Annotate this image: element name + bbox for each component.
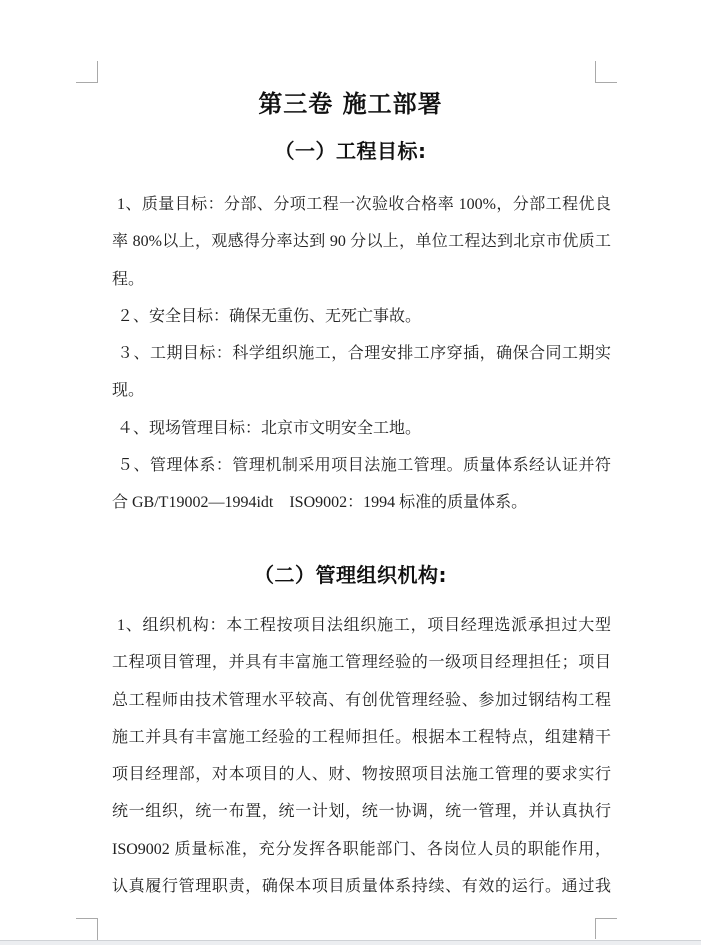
text-line[interactable]: 1、组织机构：本工程按项目法组织施工，项目经理选派承担过大型 [112, 607, 611, 644]
text-line[interactable]: ２、安全目标：确保无重伤、无死亡事故。 [112, 298, 611, 335]
text-line[interactable]: 程。 [112, 261, 611, 298]
text-line[interactable]: ５、管理体系：管理机制采用项目法施工管理。质量体系经认证并符 [112, 447, 611, 484]
crop-mark-bottom-right-icon [595, 918, 617, 939]
text-line[interactable]: 总工程师由技术管理水平较高、有创优管理经验、参加过钢结构工程 [112, 682, 611, 719]
text-line[interactable]: 合 GB/T19002—1994idt ISO9002：1994 标准的质量体系… [112, 484, 611, 521]
text-line[interactable]: ３、工期目标：科学组织施工，合理安排工序穿插，确保合同工期实 [112, 335, 611, 372]
section-2-body: 1、组织机构：本工程按项目法组织施工，项目经理选派承担过大型 工程项目管理，并具… [112, 607, 611, 905]
section-2-heading[interactable]: （二）管理组织机构: [0, 562, 701, 589]
window-bottom-edge [0, 940, 701, 945]
text-line[interactable]: 统一组织，统一布置，统一计划，统一协调，统一管理，并认真执行 [112, 793, 611, 830]
text-line[interactable]: 1、质量目标：分部、分项工程一次验收合格率 100%，分部工程优良 [112, 186, 611, 223]
text-line[interactable]: 率 80%以上，观感得分率达到 90 分以上，单位工程达到北京市优质工 [112, 223, 611, 260]
section-1-heading[interactable]: （一）工程目标: [0, 138, 701, 165]
text-line[interactable]: 项目经理部，对本项目的人、财、物按照项目法施工管理的要求实行 [112, 756, 611, 793]
text-line[interactable]: 工程项目管理，并具有丰富施工管理经验的一级项目经理担任；项目 [112, 644, 611, 681]
text-line[interactable]: ISO9002 质量标准，充分发挥各职能部门、各岗位人员的职能作用， [112, 831, 611, 868]
text-line[interactable]: 认真履行管理职责，确保本项目质量体系持续、有效的运行。通过我 [112, 868, 611, 905]
crop-mark-top-left-icon [76, 61, 98, 83]
crop-mark-top-right-icon [595, 61, 617, 83]
document-page[interactable]: 第三卷 施工部署 （一）工程目标: 1、质量目标：分部、分项工程一次验收合格率 … [0, 0, 701, 945]
section-1-body: 1、质量目标：分部、分项工程一次验收合格率 100%，分部工程优良 率 80%以… [112, 186, 611, 522]
text-line[interactable]: 施工并具有丰富施工经验的工程师担任。根据本工程特点，组建精干 [112, 719, 611, 756]
document-title[interactable]: 第三卷 施工部署 [0, 89, 701, 120]
text-line[interactable]: 现。 [112, 372, 611, 409]
text-line[interactable]: ４、现场管理目标：北京市文明安全工地。 [112, 410, 611, 447]
